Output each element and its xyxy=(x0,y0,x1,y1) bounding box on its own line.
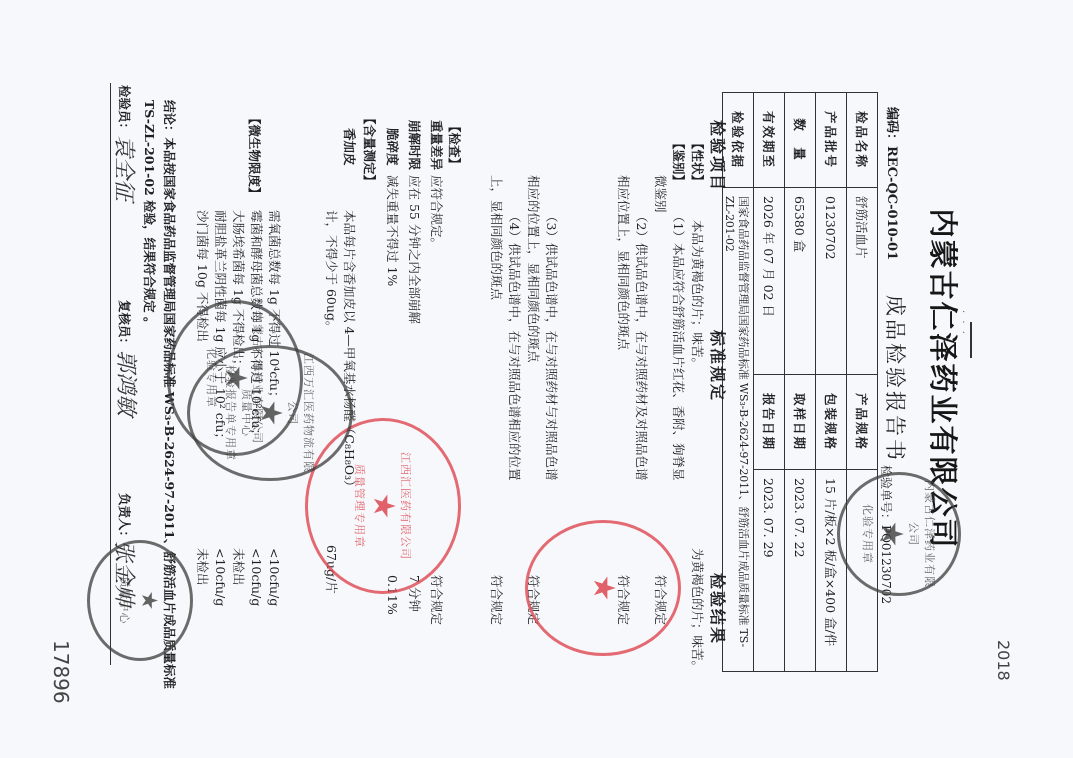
stamp-text-mid: 质量中心 xyxy=(239,389,255,437)
section-label-traits: 【性状】 xyxy=(688,137,706,187)
star-icon: ★ xyxy=(133,591,163,611)
table-row: 数 量 65380 盒 取样日期 2023. 07. 22 xyxy=(785,93,816,672)
supervisor-label: 负责人： xyxy=(115,493,133,543)
stamp-text-bottom: 化验专用章 xyxy=(860,504,876,564)
ident-2-line1: （2）供试品色谱中，在与对照药材及对照品色谱 xyxy=(632,210,650,480)
value-batch-number: 01230702 xyxy=(816,188,847,375)
red-quality-stamp-1: ★ xyxy=(525,520,681,656)
stamp-text-mid: 质量中心 xyxy=(117,577,133,625)
label-product-spec: 产品规格 xyxy=(847,375,878,470)
column-header-standard: 标准规定 xyxy=(707,330,730,402)
column-header-item: 检验项目 xyxy=(707,120,730,192)
microbial-2-result: <10cfu/g xyxy=(247,548,265,606)
ident-4-result: 符合规定 xyxy=(487,575,505,625)
column-header-result: 检验结果 xyxy=(707,573,730,645)
inspection-weight-result: 符合规定 xyxy=(427,575,445,625)
ident-1-line2: 微鉴别 xyxy=(651,175,669,213)
handwritten-number-bottom: 17896 xyxy=(49,640,73,704)
ident-3-line1: （3）供试品色谱中，在与对照药材与对照品色谱 xyxy=(542,210,560,480)
label-quantity: 数 量 xyxy=(785,93,816,188)
label-expiry: 有效期至 xyxy=(754,93,785,188)
logistics-quality-stamp-small: ★ 质量中心 xyxy=(87,540,193,661)
inspection-disintegration-name: 崩解时限 xyxy=(405,120,423,170)
ident-3-line2: 相应的位置上，显相同颜色的斑点 xyxy=(524,175,542,363)
section-label-inspection: 【检查】 xyxy=(445,120,463,170)
inspection-disintegration-standard: 应在 55 分钟之内全部崩解 xyxy=(405,175,423,324)
ident-4-line1: （4）供试品色谱中，在与对照品色谱相应的位置 xyxy=(505,210,523,480)
product-info-table: 检品名称 舒筋活血片 产品规格 产品批号 01230702 包装规格 15 片/… xyxy=(722,92,878,672)
section-label-assay: 【含量测定】 xyxy=(360,112,378,187)
value-report-date: 2023. 07. 29 xyxy=(754,470,785,672)
star-icon: ★ xyxy=(588,575,618,602)
microbial-1-result: <10cfu/g xyxy=(265,548,283,606)
ident-2-line2: 相应位置上，显相同颜色的斑点 xyxy=(614,175,632,350)
label-package-spec: 包装规格 xyxy=(816,375,847,470)
document-code: 编码：REC-QC-010-01 xyxy=(884,107,903,260)
inspection-weight-standard: 应符合规定。 xyxy=(427,175,445,250)
value-product-name: 舒筋活血片 xyxy=(847,188,878,375)
microbial-5-result: 未检出 xyxy=(193,548,211,586)
section-label-identification: 【鉴别】 xyxy=(669,137,687,187)
inspector-label: 检验员： xyxy=(115,85,133,135)
label-sampling-date: 取样日期 xyxy=(785,375,816,470)
label-batch-number: 产品批号 xyxy=(816,93,847,188)
microbial-3-result: 未检出 xyxy=(229,548,247,586)
label-product-name: 检品名称 xyxy=(847,93,878,188)
inspection-friability-standard: 减失重量不得过 1% xyxy=(383,175,401,286)
stamp-text-top: 江西万汇医药物流有限公司 xyxy=(285,348,317,478)
ident-4-line2: 上，显相同颜色的斑点 xyxy=(487,175,505,300)
stamp-text-bottom: 检验报告单专用章 xyxy=(223,365,239,461)
stamp-text-bottom: 质量管理专用章 xyxy=(352,464,368,548)
value-package-spec: 15 片/板×2 板/盒×400 盒/件 xyxy=(816,470,847,672)
star-icon: ★ xyxy=(255,400,285,427)
ident-1-line1: （1）本品应符合舒筋活血片红花、香附、狗脊显 xyxy=(669,210,687,480)
conclusion-line2: TS-ZL-201-02 检验，结果符合规定 。 xyxy=(140,100,158,329)
table-row: 产品批号 01230702 包装规格 15 片/板×2 板/盒×400 盒/件 xyxy=(816,93,847,672)
scanned-document-frame: · · · 内蒙古仁泽药业有限公司 成品检验报告书 编码：REC-QC-010-… xyxy=(0,0,1073,758)
inspector-signature: 袁全征 xyxy=(110,135,141,201)
assay-name: 香加皮 xyxy=(340,128,358,166)
label-report-date: 报告日期 xyxy=(754,375,785,470)
traits-standard: 本品为黄褐色的片；味苦。 xyxy=(688,220,706,370)
inspection-friability-name: 脆碎度 xyxy=(383,128,401,166)
traits-result: 为黄褐色的片；味苦。 xyxy=(688,548,706,673)
stamp-text-top: 内蒙古仁泽药业有限公司 xyxy=(906,475,938,593)
star-icon: ★ xyxy=(876,521,906,548)
reviewer-signature: 郭鸿敏 xyxy=(112,350,143,416)
table-row: 有效期至 2026 年 07 月 02 日 报告日期 2023. 07. 29 xyxy=(754,93,785,672)
value-sampling-date: 2023. 07. 22 xyxy=(785,470,816,672)
inspection-weight-name: 重量差异 xyxy=(427,120,445,170)
value-quantity: 65380 盒 xyxy=(785,188,816,375)
microbial-4-result: <10cfu/g xyxy=(211,548,229,606)
company-lab-stamp: 内蒙古仁泽药业有限公司 ★ 化验专用章 xyxy=(837,472,961,596)
value-expiry: 2026 年 07 月 02 日 xyxy=(754,188,785,375)
handwritten-number-top: 2018 xyxy=(994,640,1013,681)
inspection-report-page: · · · 内蒙古仁泽药业有限公司 成品检验报告书 编码：REC-QC-010-… xyxy=(0,0,1073,758)
star-icon: ★ xyxy=(368,493,398,520)
logistics-quality-stamp: 江西万汇医药物流有限公司 ★ 质量中心 检验报告单专用章 xyxy=(187,345,353,481)
reviewer-label: 复核员： xyxy=(115,300,133,350)
section-label-microbial: 【微生物限度】 xyxy=(245,112,263,200)
assay-standard-line2: 计，不得少于 60ug。 xyxy=(322,210,340,333)
header-dash-mark xyxy=(970,322,972,358)
company-name: 内蒙古仁泽药业有限公司 xyxy=(924,0,965,758)
